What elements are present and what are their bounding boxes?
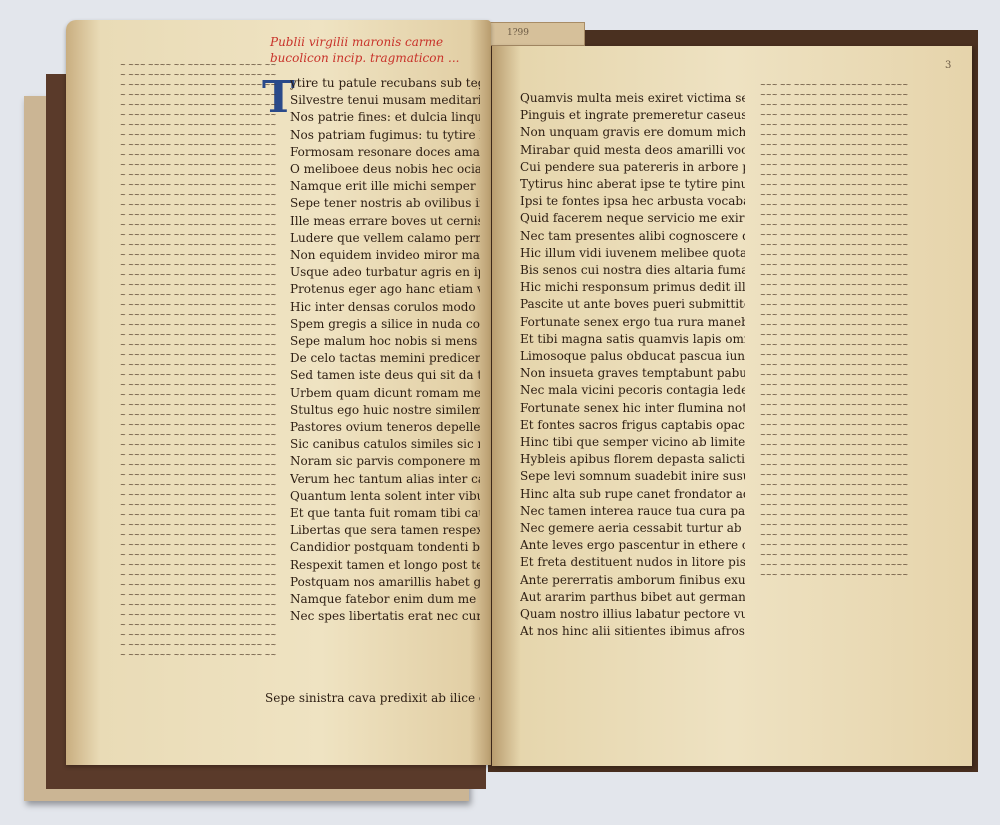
gloss-line: ~~~ ~~ ~~~~ ~~~ ~~~~~ ~~ ~~~~ [760,370,930,380]
gloss-line: ~ ~~~ ~~~~ ~~ ~~~~~ ~~~ ~~~~ ~~ [120,150,280,160]
gloss-line: ~~~ ~~ ~~~~ ~~~ ~~~~~ ~~ ~~~~ [760,480,930,490]
text-line: Postquam nos amarillis habet galathea re… [290,574,480,591]
gloss-line: ~ ~~~ ~~~~ ~~ ~~~~~ ~~~ ~~~~ ~~ [120,160,280,170]
gloss-line: ~ ~~~ ~~~~ ~~ ~~~~~ ~~~ ~~~~ ~~ [120,110,280,120]
text-line: Quantum lenta solent inter viburna cupre… [290,488,480,505]
gloss-line: ~ ~~~ ~~~~ ~~ ~~~~~ ~~~ ~~~~ ~~ [120,610,280,620]
text-line: Hic michi responsum primus dedit ille pe… [520,279,745,296]
gloss-line: ~~~ ~~ ~~~~ ~~~ ~~~~~ ~~ ~~~~ [760,490,930,500]
gloss-line: ~ ~~~ ~~~~ ~~ ~~~~~ ~~~ ~~~~ ~~ [120,330,280,340]
gloss-line: ~~~ ~~ ~~~~ ~~~ ~~~~~ ~~ ~~~~ [760,540,930,550]
text-line: Hic illum vidi iuvenem melibee quotannis [520,245,745,262]
gloss-line: ~ ~~~ ~~~~ ~~ ~~~~~ ~~~ ~~~~ ~~ [120,500,280,510]
gloss-line: ~ ~~~ ~~~~ ~~ ~~~~~ ~~~ ~~~~ ~~ [120,100,280,110]
gloss-line: ~ ~~~ ~~~~ ~~ ~~~~~ ~~~ ~~~~ ~~ [120,120,280,130]
text-line: Urbem quam dicunt romam melibee putavi [290,385,480,402]
text-line: Tytirus hinc aberat ipse te tytire pinus [520,176,745,193]
text-line: Usque adeo turbatur agris en ipse capell… [290,264,480,281]
text-line: Namque fatebor enim dum me galathea tene… [290,591,480,608]
gloss-line: ~~~ ~~ ~~~~ ~~~ ~~~~~ ~~ ~~~~ [760,530,930,540]
gloss-line: ~ ~~~ ~~~~ ~~ ~~~~~ ~~~ ~~~~ ~~ [120,630,280,640]
gloss-line: ~ ~~~ ~~~~ ~~ ~~~~~ ~~~ ~~~~ ~~ [120,600,280,610]
gloss-line: ~~~ ~~ ~~~~ ~~~ ~~~~~ ~~ ~~~~ [760,520,930,530]
text-line: Nos patrie fines: et dulcia linquimus ar… [290,109,480,126]
gloss-line: ~ ~~~ ~~~~ ~~ ~~~~~ ~~~ ~~~~ ~~ [120,640,280,650]
gloss-line: ~ ~~~ ~~~~ ~~ ~~~~~ ~~~ ~~~~ ~~ [120,70,280,80]
gloss-line: ~~~ ~~ ~~~~ ~~~ ~~~~~ ~~ ~~~~ [760,170,930,180]
text-line: Quam nostro illius labatur pectore vultu… [520,606,745,623]
gloss-line: ~~~ ~~ ~~~~ ~~~ ~~~~~ ~~ ~~~~ [760,230,930,240]
text-line: Sed tamen iste deus qui sit da tytire no… [290,367,480,384]
gloss-line: ~ ~~~ ~~~~ ~~ ~~~~~ ~~~ ~~~~ ~~ [120,410,280,420]
gloss-line: ~~~ ~~ ~~~~ ~~~ ~~~~~ ~~ ~~~~ [760,560,930,570]
gloss-line: ~ ~~~ ~~~~ ~~ ~~~~~ ~~~ ~~~~ ~~ [120,400,280,410]
gloss-line: ~ ~~~ ~~~~ ~~ ~~~~~ ~~~ ~~~~ ~~ [120,420,280,430]
text-line: Limosoque palus obducat pascua iunco [520,348,745,365]
gloss-line: ~~~ ~~ ~~~~ ~~~ ~~~~~ ~~ ~~~~ [760,260,930,270]
text-line: Ille meas errare boves ut cernis et ipsu… [290,213,480,230]
text-line: Pinguis et ingrate premeretur caseus urb… [520,107,745,124]
text-line: Ipsi te fontes ipsa hec arbusta vocabant [520,193,745,210]
gloss-line: ~ ~~~ ~~~~ ~~ ~~~~~ ~~~ ~~~~ ~~ [120,470,280,480]
gloss-line: ~~~ ~~ ~~~~ ~~~ ~~~~~ ~~ ~~~~ [760,120,930,130]
gloss-line: ~ ~~~ ~~~~ ~~ ~~~~~ ~~~ ~~~~ ~~ [120,340,280,350]
gloss-line: ~ ~~~ ~~~~ ~~ ~~~~~ ~~~ ~~~~ ~~ [120,230,280,240]
gloss-line: ~ ~~~ ~~~~ ~~ ~~~~~ ~~~ ~~~~ ~~ [120,60,280,70]
text-line: Sepe levi somnum suadebit inire susurro [520,468,745,485]
label-tab: 1?99 [478,22,585,46]
gloss-line: ~ ~~~ ~~~~ ~~ ~~~~~ ~~~ ~~~~ ~~ [120,440,280,450]
text-line: Stultus ego huic nostre similem quo sepe… [290,402,480,419]
gloss-line: ~~~ ~~ ~~~~ ~~~ ~~~~~ ~~ ~~~~ [760,290,930,300]
text-line: Non insueta graves temptabunt pabula fet… [520,365,745,382]
text-line: Quamvis multa meis exiret victima septis [520,90,745,107]
gloss-line: ~~~ ~~ ~~~~ ~~~ ~~~~~ ~~ ~~~~ [760,380,930,390]
gloss-line: ~ ~~~ ~~~~ ~~ ~~~~~ ~~~ ~~~~ ~~ [120,260,280,270]
text-line: Sepe malum hoc nobis si mens non leva fu… [290,333,480,350]
text-line: Ante pererratis amborum finibus exul [520,572,745,589]
text-line: Respexit tamen et longo post tempore ven… [290,557,480,574]
gloss-line: ~~~ ~~ ~~~~ ~~~ ~~~~~ ~~ ~~~~ [760,300,930,310]
gloss-line: ~ ~~~ ~~~~ ~~ ~~~~~ ~~~ ~~~~ ~~ [120,140,280,150]
gloss-line: ~ ~~~ ~~~~ ~~ ~~~~~ ~~~ ~~~~ ~~ [120,250,280,260]
gloss-line: ~ ~~~ ~~~~ ~~ ~~~~~ ~~~ ~~~~ ~~ [120,280,280,290]
gloss-line: ~~~ ~~ ~~~~ ~~~ ~~~~~ ~~ ~~~~ [760,240,930,250]
text-line: Pascite ut ante boves pueri submittite t… [520,296,745,313]
text-line: Quid facerem neque servicio me exire lic… [520,210,745,227]
gloss-line: ~~~ ~~ ~~~~ ~~~ ~~~~~ ~~ ~~~~ [760,330,930,340]
gloss-line: ~ ~~~ ~~~~ ~~ ~~~~~ ~~~ ~~~~ ~~ [120,570,280,580]
text-line: Nec tamen interea rauce tua cura palumbe… [520,503,745,520]
text-line: Nos patriam fugimus: tu tytire lentus in… [290,127,480,144]
text-line: Ludere que vellem calamo permisit agrest… [290,230,480,247]
text-line: Hinc tibi que semper vicino ab limite se… [520,434,745,451]
text-line: Candidior postquam tondenti barba cadeba… [290,539,480,556]
gloss-line: ~~~ ~~ ~~~~ ~~~ ~~~~~ ~~ ~~~~ [760,270,930,280]
gloss-line: ~~~ ~~ ~~~~ ~~~ ~~~~~ ~~ ~~~~ [760,220,930,230]
gloss-line: ~~~ ~~ ~~~~ ~~~ ~~~~~ ~~ ~~~~ [760,80,930,90]
text-line: Non unquam gravis ere domum michi dextra… [520,124,745,141]
gloss-line: ~~~ ~~ ~~~~ ~~~ ~~~~~ ~~ ~~~~ [760,180,930,190]
gloss-line: ~ ~~~ ~~~~ ~~ ~~~~~ ~~~ ~~~~ ~~ [120,480,280,490]
text-line: Et freta destituent nudos in litore pisc… [520,554,745,571]
gloss-line: ~ ~~~ ~~~~ ~~ ~~~~~ ~~~ ~~~~ ~~ [120,360,280,370]
gloss-line: ~ ~~~ ~~~~ ~~ ~~~~~ ~~~ ~~~~ ~~ [120,580,280,590]
text-line: Noram sic parvis componere magna solebam [290,453,480,470]
gloss-line: ~ ~~~ ~~~~ ~~ ~~~~~ ~~~ ~~~~ ~~ [120,560,280,570]
gloss-line: ~ ~~~ ~~~~ ~~ ~~~~~ ~~~ ~~~~ ~~ [120,520,280,530]
text-line: Protenus eger ago hanc etiam vix tytire … [290,281,480,298]
gloss-line: ~~~ ~~ ~~~~ ~~~ ~~~~~ ~~ ~~~~ [760,280,930,290]
gloss-line: ~ ~~~ ~~~~ ~~ ~~~~~ ~~~ ~~~~ ~~ [120,590,280,600]
gloss-line: ~~~ ~~ ~~~~ ~~~ ~~~~~ ~~ ~~~~ [760,100,930,110]
gloss-line: ~ ~~~ ~~~~ ~~ ~~~~~ ~~~ ~~~~ ~~ [120,220,280,230]
left-footer-line: Sepe sinistra cava predixit ab ilice cor… [265,690,480,707]
text-line: Silvestre tenui musam meditaris avena [290,92,480,109]
gloss-line: ~ ~~~ ~~~~ ~~ ~~~~~ ~~~ ~~~~ ~~ [120,200,280,210]
text-line: Pastores ovium teneros depellere fetus [290,419,480,436]
gloss-line: ~~~ ~~ ~~~~ ~~~ ~~~~~ ~~ ~~~~ [760,470,930,480]
text-line: Hybleis apibus florem depasta salicti [520,451,745,468]
tab-label: 1?99 [507,28,529,38]
gloss-line: ~ ~~~ ~~~~ ~~ ~~~~~ ~~~ ~~~~ ~~ [120,370,280,380]
gloss-line: ~ ~~~ ~~~~ ~~ ~~~~~ ~~~ ~~~~ ~~ [120,320,280,330]
gloss-line: ~~~ ~~ ~~~~ ~~~ ~~~~~ ~~ ~~~~ [760,350,930,360]
gloss-line: ~ ~~~ ~~~~ ~~ ~~~~~ ~~~ ~~~~ ~~ [120,350,280,360]
gloss-line: ~ ~~~ ~~~~ ~~ ~~~~~ ~~~ ~~~~ ~~ [120,510,280,520]
text-line: Hic inter densas corulos modo namque gem… [290,299,480,316]
gloss-line: ~~~ ~~ ~~~~ ~~~ ~~~~~ ~~ ~~~~ [760,250,930,260]
gloss-line: ~~~ ~~ ~~~~ ~~~ ~~~~~ ~~ ~~~~ [760,400,930,410]
text-line: Sepe tener nostris ab ovilibus imbuet ag… [290,195,480,212]
gloss-line: ~ ~~~ ~~~~ ~~ ~~~~~ ~~~ ~~~~ ~~ [120,620,280,630]
gloss-line: ~ ~~~ ~~~~ ~~ ~~~~~ ~~~ ~~~~ ~~ [120,550,280,560]
text-line: Fortunate senex hic inter flumina nota [520,400,745,417]
gloss-line: ~~~ ~~ ~~~~ ~~~ ~~~~~ ~~ ~~~~ [760,160,930,170]
text-line: Formosam resonare doces amarillida silva… [290,144,480,161]
gloss-line: ~ ~~~ ~~~~ ~~ ~~~~~ ~~~ ~~~~ ~~ [120,270,280,280]
gloss-line: ~~~ ~~ ~~~~ ~~~ ~~~~~ ~~ ~~~~ [760,570,930,580]
text-line: Et fontes sacros frigus captabis opacum [520,417,745,434]
text-line: Non equidem invideo miror magis undique … [290,247,480,264]
gloss-line: ~~~ ~~ ~~~~ ~~~ ~~~~~ ~~ ~~~~ [760,130,930,140]
gloss-line: ~~~ ~~ ~~~~ ~~~ ~~~~~ ~~ ~~~~ [760,310,930,320]
gloss-line: ~ ~~~ ~~~~ ~~ ~~~~~ ~~~ ~~~~ ~~ [120,540,280,550]
gloss-line: ~~~ ~~ ~~~~ ~~~ ~~~~~ ~~ ~~~~ [760,360,930,370]
text-line: Bis senos cui nostra dies altaria fumant [520,262,745,279]
text-line: O meliboee deus nobis hec ocia fecit [290,161,480,178]
gloss-line: ~~~ ~~ ~~~~ ~~~ ~~~~~ ~~ ~~~~ [760,140,930,150]
text-line: At nos hinc alii sitientes ibimus afros [520,623,745,640]
gloss-line: ~ ~~~ ~~~~ ~~ ~~~~~ ~~~ ~~~~ ~~ [120,300,280,310]
text-line: Nec gemere aeria cessabit turtur ab ulmo [520,520,745,537]
text-line: De celo tactas memini predicere quercus [290,350,480,367]
gloss-line: ~ ~~~ ~~~~ ~~ ~~~~~ ~~~ ~~~~ ~~ [120,210,280,220]
gloss-line: ~ ~~~ ~~~~ ~~ ~~~~~ ~~~ ~~~~ ~~ [120,650,280,660]
text-line: Fortunate senex ergo tua rura manebunt [520,314,745,331]
gloss-line: ~ ~~~ ~~~~ ~~ ~~~~~ ~~~ ~~~~ ~~ [120,450,280,460]
gloss-line: ~ ~~~ ~~~~ ~~ ~~~~~ ~~~ ~~~~ ~~ [120,490,280,500]
text-line: Nec mala vicini pecoris contagia ledent [520,382,745,399]
right-gloss-commentary: ~~~ ~~ ~~~~ ~~~ ~~~~~ ~~ ~~~~~~~ ~~ ~~~~… [760,80,930,580]
gloss-line: ~~~ ~~ ~~~~ ~~~ ~~~~~ ~~ ~~~~ [760,390,930,400]
text-line: Hinc alta sub rupe canet frondator ad au… [520,486,745,503]
text-line: Spem gregis a silice in nuda conixa reli… [290,316,480,333]
gloss-line: ~ ~~~ ~~~~ ~~ ~~~~~ ~~~ ~~~~ ~~ [120,310,280,320]
gloss-line: ~ ~~~ ~~~~ ~~ ~~~~~ ~~~ ~~~~ ~~ [120,290,280,300]
text-line: Verum hec tantum alias inter caput extul… [290,471,480,488]
gloss-line: ~ ~~~ ~~~~ ~~ ~~~~~ ~~~ ~~~~ ~~ [120,90,280,100]
gloss-line: ~~~ ~~ ~~~~ ~~~ ~~~~~ ~~ ~~~~ [760,440,930,450]
gloss-line: ~~~ ~~ ~~~~ ~~~ ~~~~~ ~~ ~~~~ [760,500,930,510]
text-line: Nec spes libertatis erat nec cura peculi [290,608,480,625]
gloss-line: ~~~ ~~ ~~~~ ~~~ ~~~~~ ~~ ~~~~ [760,430,930,440]
gloss-line: ~ ~~~ ~~~~ ~~ ~~~~~ ~~~ ~~~~ ~~ [120,240,280,250]
text-line: Cui pendere sua patereris in arbore poma [520,159,745,176]
rubric-heading: Publii virgilii maronis carme bucolicon … [270,34,480,66]
gloss-line: ~ ~~~ ~~~~ ~~ ~~~~~ ~~~ ~~~~ ~~ [120,130,280,140]
gloss-line: ~~~ ~~ ~~~~ ~~~ ~~~~~ ~~ ~~~~ [760,340,930,350]
text-line: Aut ararim parthus bibet aut germania ti… [520,589,745,606]
gloss-line: ~~~ ~~ ~~~~ ~~~ ~~~~~ ~~ ~~~~ [760,410,930,420]
left-gloss-commentary: ~ ~~~ ~~~~ ~~ ~~~~~ ~~~ ~~~~ ~~~ ~~~ ~~~… [120,60,280,660]
text-line: Et que tanta fuit romam tibi causa viden… [290,505,480,522]
gloss-line: ~ ~~~ ~~~~ ~~ ~~~~~ ~~~ ~~~~ ~~ [120,390,280,400]
gloss-line: ~~~ ~~ ~~~~ ~~~ ~~~~~ ~~ ~~~~ [760,200,930,210]
gloss-line: ~~~ ~~ ~~~~ ~~~ ~~~~~ ~~ ~~~~ [760,450,930,460]
left-main-text: ytire tu patule recubans sub tegmine fag… [290,75,480,626]
gloss-line: ~~~ ~~ ~~~~ ~~~ ~~~~~ ~~ ~~~~ [760,550,930,560]
gloss-line: ~~~ ~~ ~~~~ ~~~ ~~~~~ ~~ ~~~~ [760,460,930,470]
gloss-line: ~~~ ~~ ~~~~ ~~~ ~~~~~ ~~ ~~~~ [760,150,930,160]
gloss-line: ~ ~~~ ~~~~ ~~ ~~~~~ ~~~ ~~~~ ~~ [120,170,280,180]
text-line: Sic canibus catulos similes sic matribus… [290,436,480,453]
gloss-line: ~~~ ~~ ~~~~ ~~~ ~~~~~ ~~ ~~~~ [760,210,930,220]
gloss-line: ~ ~~~ ~~~~ ~~ ~~~~~ ~~~ ~~~~ ~~ [120,460,280,470]
gloss-line: ~~~ ~~ ~~~~ ~~~ ~~~~~ ~~ ~~~~ [760,510,930,520]
gloss-line: ~~~ ~~ ~~~~ ~~~ ~~~~~ ~~ ~~~~ [760,90,930,100]
right-main-text: Quamvis multa meis exiret victima septis… [520,90,745,641]
text-line: Et tibi magna satis quamvis lapis omnia … [520,331,745,348]
gloss-line: ~ ~~~ ~~~~ ~~ ~~~~~ ~~~ ~~~~ ~~ [120,380,280,390]
text-line: ytire tu patule recubans sub tegmine fag… [290,75,480,92]
gloss-line: ~ ~~~ ~~~~ ~~ ~~~~~ ~~~ ~~~~ ~~ [120,430,280,440]
gloss-line: ~ ~~~ ~~~~ ~~ ~~~~~ ~~~ ~~~~ ~~ [120,180,280,190]
gloss-line: ~ ~~~ ~~~~ ~~ ~~~~~ ~~~ ~~~~ ~~ [120,190,280,200]
gloss-line: ~ ~~~ ~~~~ ~~ ~~~~~ ~~~ ~~~~ ~~ [120,530,280,540]
gloss-line: ~~~ ~~ ~~~~ ~~~ ~~~~~ ~~ ~~~~ [760,420,930,430]
gloss-line: ~~~ ~~ ~~~~ ~~~ ~~~~~ ~~ ~~~~ [760,190,930,200]
text-line: Libertas que sera tamen respexit inertem [290,522,480,539]
gloss-line: ~~~ ~~ ~~~~ ~~~ ~~~~~ ~~ ~~~~ [760,320,930,330]
text-line: Namque erit ille michi semper deus illiu… [290,178,480,195]
gloss-line: ~ ~~~ ~~~~ ~~ ~~~~~ ~~~ ~~~~ ~~ [120,80,280,90]
folio-number: 3 [945,60,951,71]
text-line: Ante leves ergo pascentur in ethere cerv… [520,537,745,554]
text-line: Nec tam presentes alibi cognoscere divos [520,228,745,245]
gloss-line: ~~~ ~~ ~~~~ ~~~ ~~~~~ ~~ ~~~~ [760,110,930,120]
text-line: Mirabar quid mesta deos amarilli vocares [520,142,745,159]
